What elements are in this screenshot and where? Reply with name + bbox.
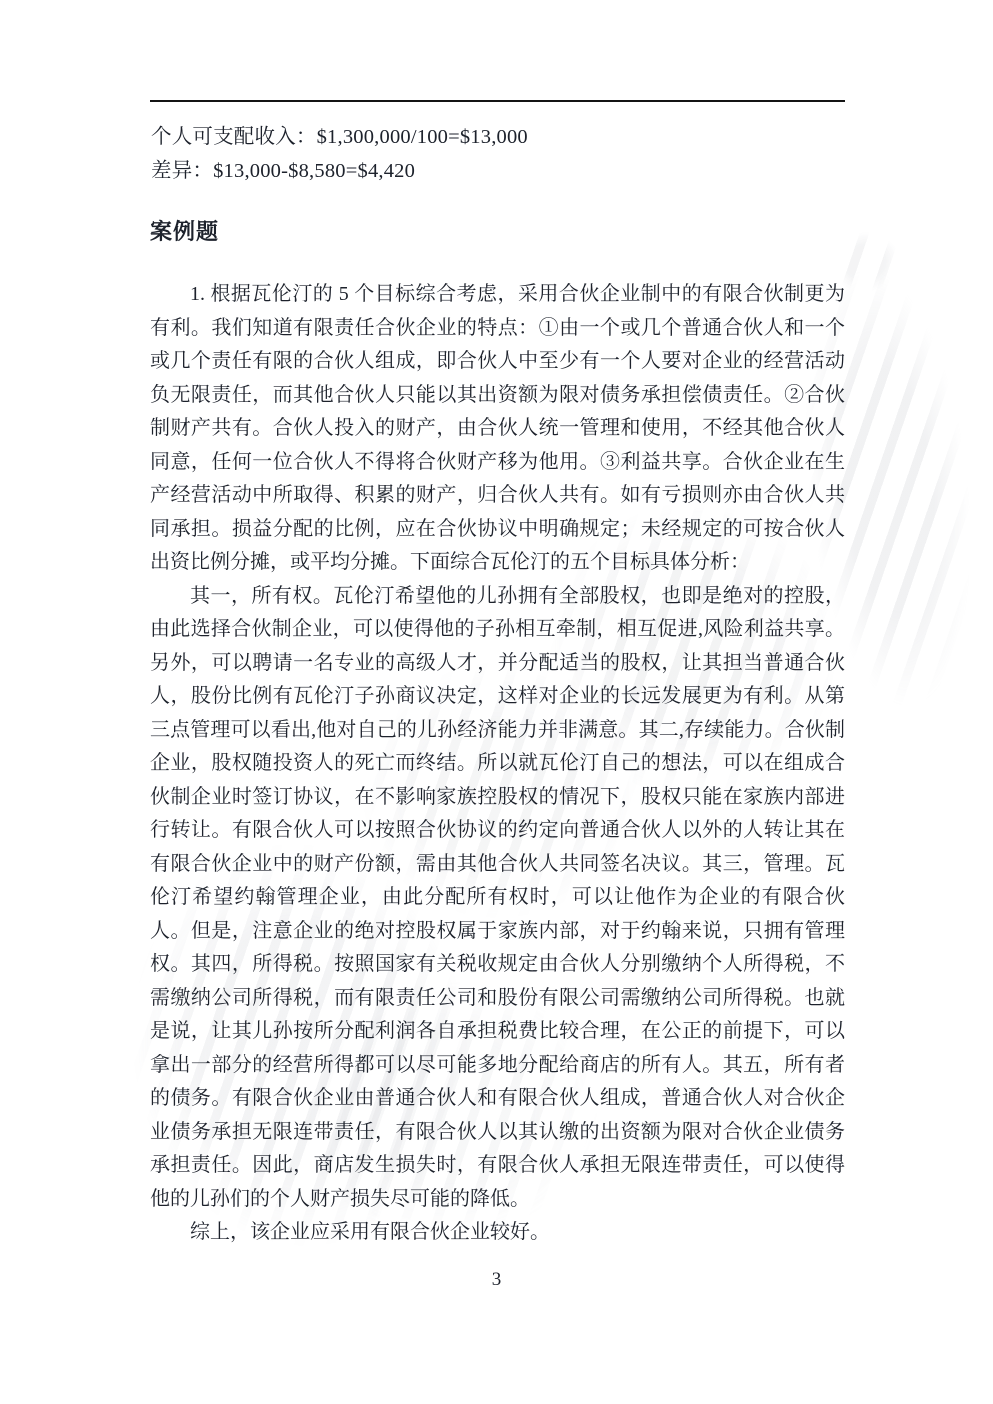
answer-paragraph-1: 1. 根据瓦伦汀的 5 个目标综合考虑，采用合伙企业制中的有限合伙制更为有利。我…	[150, 278, 845, 580]
page-number: 3	[0, 1268, 993, 1292]
header-divider-line	[150, 100, 845, 102]
answer-paragraph-2: 其一，所有权。瓦伦汀希望他的儿孙拥有全部股权，也即是绝对的控股，由此选择合伙制企…	[150, 580, 845, 1217]
document-page: 个人可支配收入：$1,300,000/100=$13,000 差异：$13,00…	[0, 0, 993, 1404]
disposable-income-formula: 个人可支配收入：$1,300,000/100=$13,000	[151, 124, 528, 150]
difference-formula: 差异：$13,000-$8,580=$4,420	[151, 158, 415, 184]
section-heading-case-question: 案例题	[150, 218, 219, 245]
answer-body: 1. 根据瓦伦汀的 5 个目标综合考虑，采用合伙企业制中的有限合伙制更为有利。我…	[150, 278, 845, 1250]
answer-paragraph-3: 综上，该企业应采用有限合伙企业较好。	[150, 1216, 845, 1250]
